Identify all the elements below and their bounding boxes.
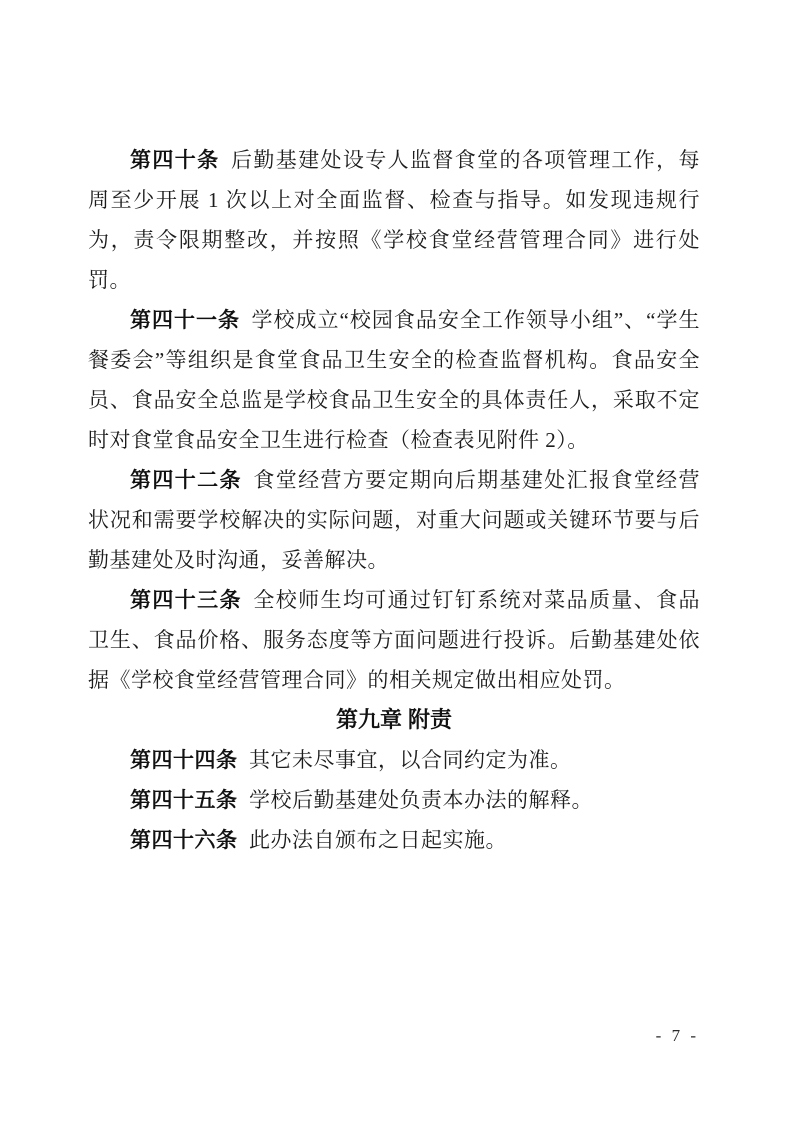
article-paragraph: 第四十一条学校成立“校园食品安全工作领导小组”、“学生餐委会”等组织是食堂食品卫… bbox=[88, 300, 700, 460]
article-number: 第四十三条 bbox=[130, 588, 242, 612]
article-paragraph: 第四十六条此办法自颁布之日起实施。 bbox=[88, 820, 700, 860]
article-number: 第四十二条 bbox=[130, 468, 242, 492]
article-paragraph: 第四十五条学校后勤基建处负责本办法的解释。 bbox=[88, 780, 700, 820]
article-number: 第四十四条 bbox=[130, 748, 238, 772]
article-text: 学校后勤基建处负责本办法的解释。 bbox=[249, 788, 593, 812]
article-paragraph: 第四十三条全校师生均可通过钉钉系统对菜品质量、食品卫生、食品价格、服务态度等方面… bbox=[88, 580, 700, 700]
article-paragraph: 第四十条后勤基建处设专人监督食堂的各项管理工作，每周至少开展 1 次以上对全面监… bbox=[88, 140, 700, 300]
article-number: 第四十五条 bbox=[130, 788, 238, 812]
chapter-heading: 第九章 附责 bbox=[88, 700, 700, 740]
document-body: 第四十条后勤基建处设专人监督食堂的各项管理工作，每周至少开展 1 次以上对全面监… bbox=[88, 140, 700, 860]
article-paragraph: 第四十二条食堂经营方要定期向后期基建处汇报食堂经营状况和需要学校解决的实际问题，… bbox=[88, 460, 700, 580]
document-page: 第四十条后勤基建处设专人监督食堂的各项管理工作，每周至少开展 1 次以上对全面监… bbox=[0, 0, 793, 1122]
page-number: - 7 - bbox=[656, 1026, 699, 1046]
article-paragraph: 第四十四条其它未尽事宜，以合同约定为准。 bbox=[88, 740, 700, 780]
article-number: 第四十条 bbox=[130, 148, 220, 172]
article-text: 其它未尽事宜，以合同约定为准。 bbox=[249, 748, 572, 772]
article-number: 第四十六条 bbox=[130, 828, 238, 852]
article-text: 此办法自颁布之日起实施。 bbox=[249, 828, 507, 852]
article-number: 第四十一条 bbox=[130, 308, 240, 332]
